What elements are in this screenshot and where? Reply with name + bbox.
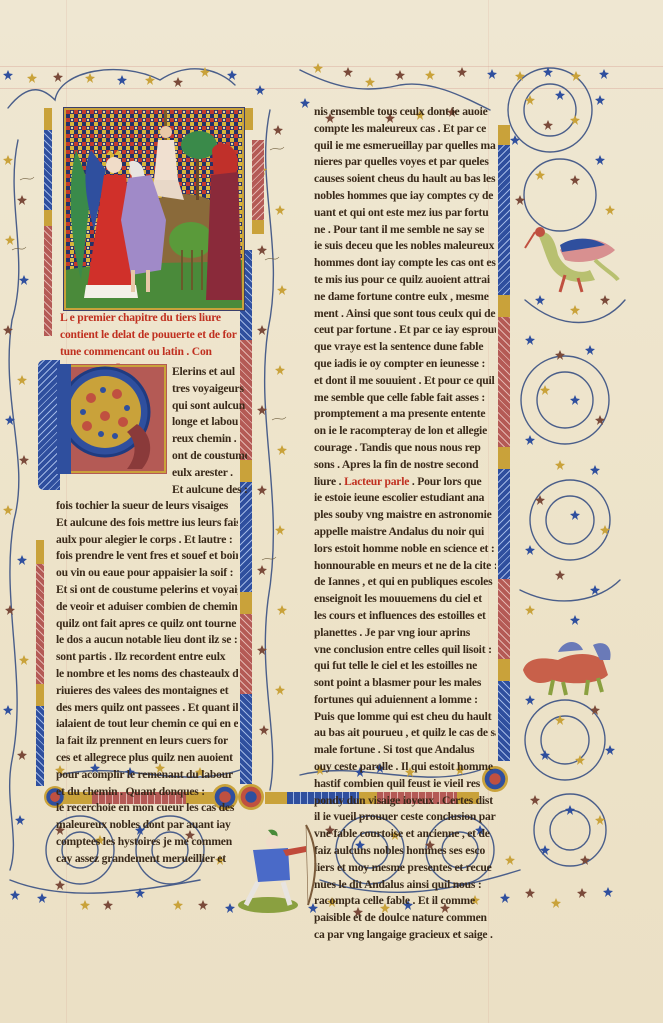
text-line: nis ensemble tous ceulx dont ie auoie — [314, 104, 496, 121]
illuminated-initial-p — [57, 364, 167, 474]
text-line: de veoir et aduiser combien de chemin — [56, 599, 238, 616]
text-line: faiz aulcuns nobles hommes ses esco — [314, 843, 496, 860]
text-line: ceut par fortune . Et par ce iay esprouu… — [314, 322, 496, 339]
miniature-painting — [64, 108, 244, 310]
right-column-body: nis ensemble tous ceulx dont ie auoie co… — [314, 104, 496, 944]
text-line: comptees les hystoires je me commen — [56, 834, 238, 851]
text-line: eulx arester . — [172, 465, 247, 482]
frame-bar-left-gold — [44, 108, 52, 130]
frame-bar-right-blue — [498, 145, 510, 295]
frame-bar-left-rose — [44, 226, 52, 336]
rubric-line: tune commencant ou latin . Con — [60, 344, 240, 361]
text-line: Puis que lomme qui est cheu du hault — [314, 709, 496, 726]
text-line: tres voyaigeurs — [172, 381, 247, 398]
text-line: le recerchoie en mon cueur les cas des — [56, 800, 238, 817]
frame-bar-right-gold — [498, 447, 510, 469]
bird-dragon-marginal-icon — [520, 220, 620, 300]
text-line: il ie vueil prouuer ceste conclusion par — [314, 809, 496, 826]
frame-bar-mid-blue — [240, 694, 252, 784]
text-line: fortunes qui aduiennent a lomme : — [314, 692, 496, 709]
text-line: au bas ait pourueu , et quilz le cas de … — [314, 725, 496, 742]
frame-bar-mid-rose — [252, 140, 264, 220]
miniature-scene — [66, 110, 242, 308]
text-line-with-rubric: liure . Lacteur parle . Pour lors que — [314, 474, 496, 491]
frame-bar-right-gold — [498, 125, 510, 145]
text-line: racompta celle fable . Et il comme — [314, 893, 496, 910]
archer-marginal-icon — [228, 820, 318, 915]
text-line: causes soient cheus du hault au bas les — [314, 171, 496, 188]
text-line: ples souby vng maistre en astronomie — [314, 507, 496, 524]
frame-bar-left-gold — [36, 540, 44, 564]
text-line: hommes dont iay compte les cas ont es — [314, 255, 496, 272]
text-line: male fortune . Si tost que Andalus — [314, 742, 496, 759]
text-line: que iadis ie oy compter en ieunesse : — [314, 356, 496, 373]
frame-bar-mid-gold — [252, 220, 264, 234]
text-line: ces et allegrece plus quilz nen auoient — [56, 750, 238, 767]
text-line: et du chemin . Quant donques : — [56, 784, 238, 801]
text-line: sont point a blasmer pour les males — [314, 675, 496, 692]
text-line: pondy dun visaige ioyeux . Certes dist — [314, 793, 496, 810]
text-line: longe et labou — [172, 414, 247, 431]
text-line: la fait ilz prennent en leurs cuers for — [56, 733, 238, 750]
text-line: ouy ceste parolle . Il qui estoit homme — [314, 759, 496, 776]
text-line: ne dame fortune contre eulx , mesme — [314, 289, 496, 306]
text-line: ca par vng langaige gracieux et saige . — [314, 927, 496, 944]
frame-roundel — [238, 784, 264, 810]
text-line: des mers quilz ont passees . Et quant il… — [56, 700, 238, 717]
text-line: on ie le racompteray de lon et allegie — [314, 423, 496, 440]
text-line: riuieres des valees des montaignes et — [56, 683, 238, 700]
rubric-inline: Lacteur parle — [344, 475, 409, 488]
text-line: fois prendre le vent fres et souef et bo… — [56, 548, 238, 565]
text-line: ie suis deceu que les nobles maleureux — [314, 238, 496, 255]
frame-bar-mid-gold — [240, 592, 252, 614]
frame-bar-mid-rose — [240, 614, 252, 694]
text-line: pour acomplir le remenant du labour — [56, 767, 238, 784]
text-line: de Iannes , et qui en publiques escoles — [314, 574, 496, 591]
text-line: ou vin ou eaue pour appaisier la soif : — [56, 565, 238, 582]
text-line: planettes . Je par vng iour aprins — [314, 625, 496, 642]
text-line: sons . Apres la fin de nostre second — [314, 457, 496, 474]
text-line: les cours et influences des estoilles et — [314, 608, 496, 625]
text-line: quil ie me esmerueillay par quelles ma — [314, 138, 496, 155]
text-line: vne fable courtoise et ancienne , et de — [314, 826, 496, 843]
frame-bar-right-blue — [498, 681, 510, 761]
text-line: aulx pour alegier le corps . Et lautre : — [56, 532, 238, 549]
frame-bar-left-gold — [36, 684, 44, 706]
text-line: ne . Pour tant il me semble ne say se — [314, 222, 496, 239]
text-line: vne conclusion entre celles quil lisoit … — [314, 642, 496, 659]
frame-bar-bottom-gold — [265, 792, 287, 804]
text-line: me semble que celle fable fait asses : — [314, 390, 496, 407]
text-line: compte les maleureux cas . Et par ce — [314, 121, 496, 138]
text-line: honnourable en meurs et ne de la cite : — [314, 558, 496, 575]
text-line: ialaient de tout leur chemin ce qui en e… — [56, 716, 238, 733]
frame-bar-left-blue — [36, 706, 44, 786]
text-line: uant et qui ont este mez ius par fortu — [314, 205, 496, 222]
text-line: cay assez grandement merueillier et — [56, 851, 238, 868]
text-line: Et si ont de coustume pelerins et voyaig… — [56, 582, 238, 599]
text-line: courage . Tandis que nous nous rep — [314, 440, 496, 457]
text-line: ment . Ainsi que sont tous ceulx qui de — [314, 306, 496, 323]
text-line: maleureux nobles dont par auant iay — [56, 817, 238, 834]
frame-bar-right-gold — [498, 295, 510, 317]
frame-bar-left-rose — [36, 564, 44, 684]
text-line: nieres par quelles voyes et par queles — [314, 154, 496, 171]
frame-bar-right-blue — [498, 469, 510, 579]
text-line: liers et moy mesme presentes et recue — [314, 860, 496, 877]
text-line: que vraye est la sentence dune fable — [314, 339, 496, 356]
text-line: quilz ont fait apres ce quilz ont tourne — [56, 616, 238, 633]
text-line: le nombre et les noms des chasteaulx des — [56, 666, 238, 683]
frame-bar-left-blue — [44, 130, 52, 210]
frame-bar-right-gold — [498, 659, 510, 681]
left-column-initial-text: Elerins et aul tres voyaigeurs qui sont … — [172, 364, 247, 498]
text-line: nues le dit Andalus ainsi quil nous : — [314, 877, 496, 894]
red-beast-marginal-icon — [518, 630, 618, 700]
text-line: Et aulcune des : — [172, 482, 247, 499]
frame-bar-right-rose — [498, 317, 510, 447]
text-line: fois tochier la sueur de leurs visaiges — [56, 498, 238, 515]
text-line: ont de coustume — [172, 448, 247, 465]
text-line: Elerins et aul — [172, 364, 247, 381]
text-line: promptement a ma presente entente — [314, 406, 496, 423]
text-line: qui fut telle le ciel et les estoilles n… — [314, 658, 496, 675]
text-line: reux chemin . — [172, 431, 247, 448]
manuscript-page: L e premier chapitre du tiers liure cont… — [0, 0, 663, 1023]
text-line: lors estoit homme noble en science et : — [314, 541, 496, 558]
initial-letter-icon — [57, 364, 167, 474]
text-line: Et aulcune des fois mettre ius leurs fai… — [56, 515, 238, 532]
text-line: sont partis . Ilz recordent entre eulx — [56, 649, 238, 666]
frame-bar-right-rose — [498, 579, 510, 659]
rubric-line: contient le delat de pouuerte et de for — [60, 327, 240, 344]
left-column-body: fois tochier la sueur de leurs visaiges … — [56, 498, 238, 868]
text-line: appelle maistre Andalus du noir qui — [314, 524, 496, 541]
text-line: ie estoie ieune escolier estudiant ana — [314, 490, 496, 507]
rubric-line: L e premier chapitre du tiers liure — [60, 310, 240, 327]
text-line: paisible et de doulce nature commen — [314, 910, 496, 927]
frame-bar-mid-blue — [240, 482, 252, 592]
text-line: et dont il me souuient . Et pour ce quil — [314, 373, 496, 390]
frame-bar-mid-gold — [245, 108, 253, 130]
frame-bar-left-gold — [44, 210, 52, 226]
text-line: nobles hommes que iay comptes cy de — [314, 188, 496, 205]
text-line: le dos a aucun notable lieu dont ilz se … — [56, 632, 238, 649]
text-line: te mis ius pour ce quilz auoient attrai — [314, 272, 496, 289]
text-line: enseignoit les mouuemens du ciel et — [314, 591, 496, 608]
text-line: hastif combien quil feust ie vieil res — [314, 776, 496, 793]
text-line: qui sont aulcun — [172, 398, 247, 415]
